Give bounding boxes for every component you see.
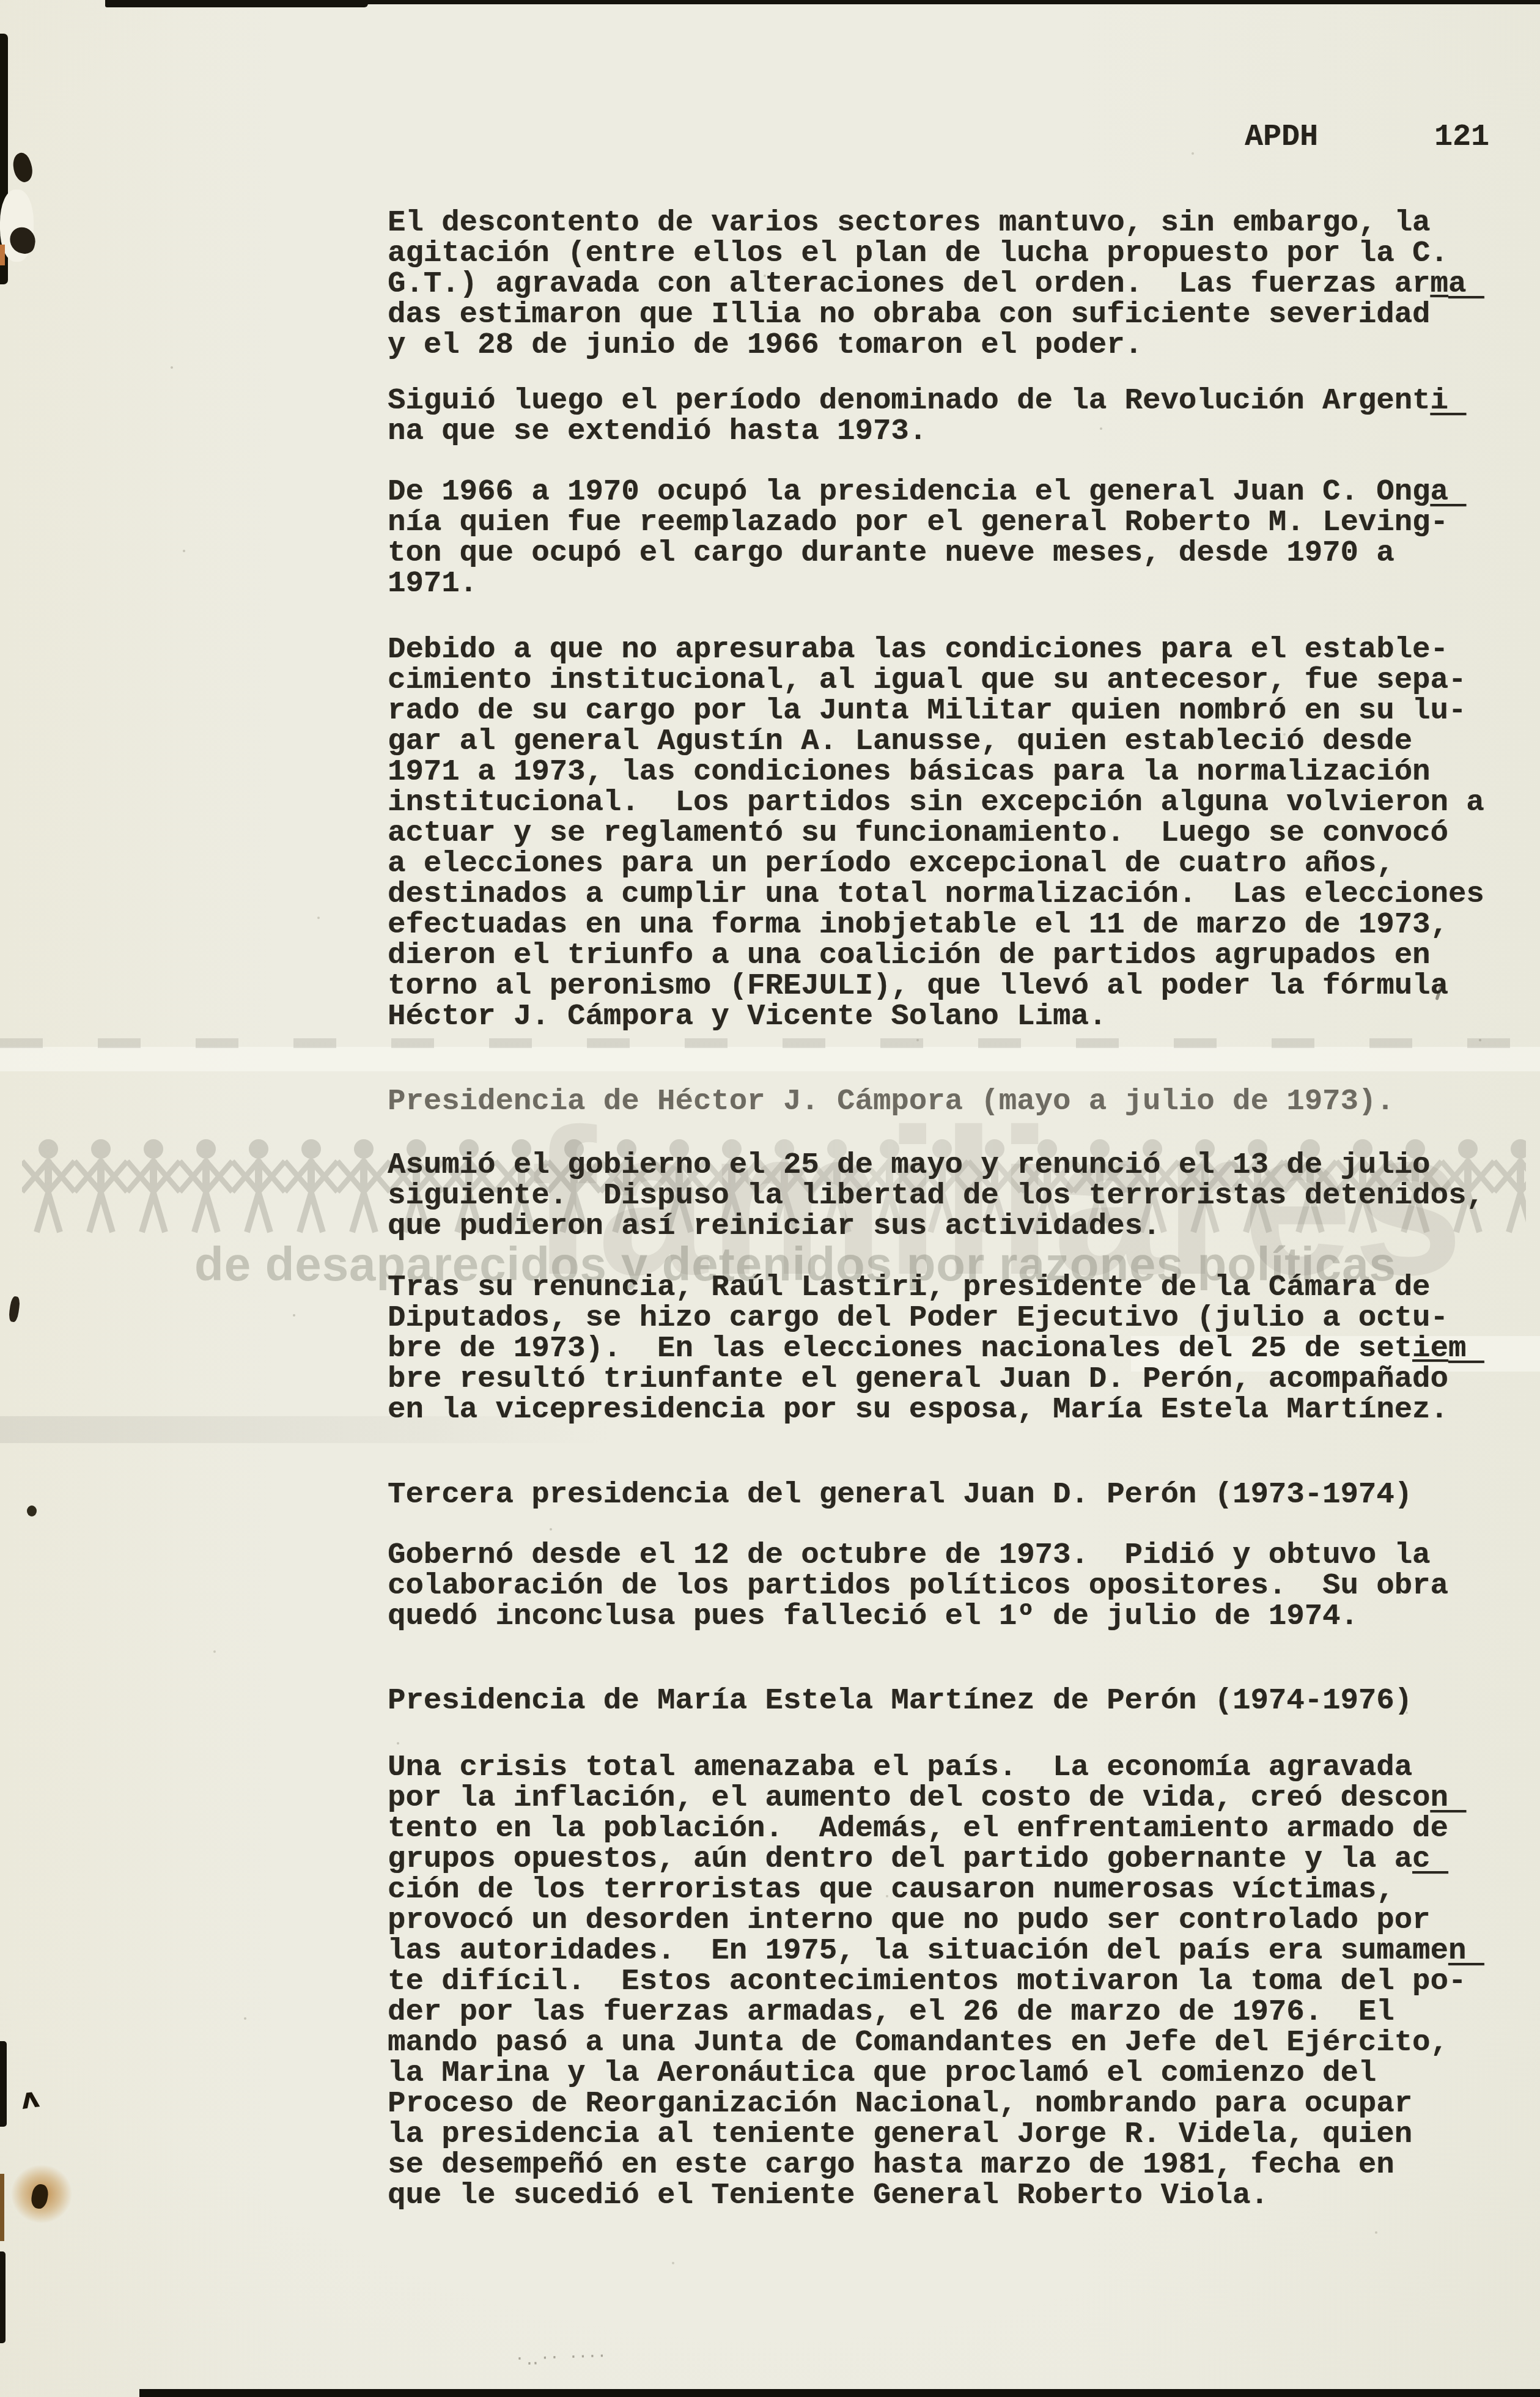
paragraph: Tras su renuncia, Raúl Lastiri, presiden… (388, 1272, 1484, 1425)
text-line: actuar y se reglamentó su funcionamiento… (388, 818, 1484, 848)
text-line: Siguió luego el período denominado de la… (388, 385, 1466, 416)
text-line: Debido a que no apresuraba las condicion… (388, 634, 1484, 665)
scan-band-smudges (0, 1038, 1540, 1048)
text-line: 1971 a 1973, las condiciones básicas par… (388, 756, 1484, 787)
text-line: rado de su cargo por la Junta Militar qu… (388, 695, 1484, 726)
staple-tear-mark (9, 151, 35, 185)
text-line: torno al peronismo (FREJULI), que llevó … (388, 970, 1484, 1001)
scan-band-light (0, 1047, 1540, 1071)
paragraph: Una crisis total amenazaba el país. La e… (388, 1752, 1484, 2210)
text-line: se desempeñó en este cargo hasta marzo d… (388, 2149, 1484, 2180)
text-line: nía quien fue reemplazado por el general… (388, 507, 1466, 537)
text-line: der por las fuerzas armadas, el 26 de ma… (388, 1996, 1484, 2027)
bottom-scan-edge (139, 2389, 1540, 2397)
text-line: agitación (entre ellos el plan de lucha … (388, 238, 1484, 268)
text-line: por la inflación, el aumento del costo d… (388, 1782, 1484, 1813)
section-heading: Tercera presidencia del general Juan D. … (388, 1479, 1412, 1510)
footer-smudge-marks: ·‥·· ···· (516, 2345, 608, 2369)
text-line: bre de 1973). En las elecciones nacional… (388, 1333, 1484, 1364)
text-line: tento en la población. Además, el enfren… (388, 1813, 1484, 1844)
text-line: Tras su renuncia, Raúl Lastiri, presiden… (388, 1272, 1484, 1302)
text-line: Diputados, se hizo cargo del Poder Ejecu… (388, 1302, 1484, 1333)
page-number: 121 (1434, 120, 1489, 155)
text-line: que pudieron así reiniciar sus actividad… (388, 1211, 1484, 1241)
text-line: la presidencia al teniente general Jorge… (388, 2119, 1484, 2149)
text-line: efectuadas en una forma inobjetable el 1… (388, 909, 1484, 940)
text-line: na que se extendió hasta 1973. (388, 416, 1466, 446)
edge-stain (0, 245, 5, 265)
header-org-label: APDH (1245, 120, 1318, 155)
text-line: Presidencia de Héctor J. Cámpora (mayo a… (388, 1086, 1394, 1117)
text-line: siguiente. Dispuso la libertad de los te… (388, 1180, 1484, 1211)
text-line: la Marina y la Aeronáutica que proclamó … (388, 2058, 1484, 2088)
left-scan-edge (0, 2251, 6, 2343)
text-line: cimiento institucional, al igual que su … (388, 665, 1484, 695)
text-line: a elecciones para un período excepcional… (388, 848, 1484, 879)
text-line: Héctor J. Cámpora y Vicente Solano Lima. (388, 1001, 1484, 1032)
text-line: 1971. (388, 568, 1466, 599)
text-line: Proceso de Reorganización Nacional, nomb… (388, 2088, 1484, 2119)
text-line: destinados a cumplir una total normaliza… (388, 879, 1484, 909)
paragraph: Gobernó desde el 12 de octubre de 1973. … (388, 1540, 1448, 1631)
paper-specks (0, 0, 1, 1)
text-line: provocó un desorden interno que no pudo … (388, 1905, 1484, 1935)
top-scan-edge-thick (105, 0, 368, 7)
paragraph: Debido a que no apresuraba las condicion… (388, 634, 1484, 1032)
paragraph: De 1966 a 1970 ocupó la presidencia el g… (388, 476, 1466, 599)
text-line: El descontento de varios sectores mantuv… (388, 207, 1484, 238)
section-heading: Presidencia de María Estela Martínez de … (388, 1685, 1412, 1716)
paragraph: Siguió luego el período denominado de la… (388, 385, 1466, 446)
text-line: De 1966 a 1970 ocupó la presidencia el g… (388, 476, 1466, 507)
text-line: dieron el triunfo a una coalición de par… (388, 940, 1484, 970)
text-line: grupos opuestos, aún dentro del partido … (388, 1844, 1484, 1874)
text-line: en la vicepresidencia por su esposa, Mar… (388, 1394, 1484, 1425)
text-line: Una crisis total amenazaba el país. La e… (388, 1752, 1484, 1782)
text-line: las autoridades. En 1975, la situación d… (388, 1935, 1484, 1966)
text-line: Tercera presidencia del general Juan D. … (388, 1479, 1412, 1510)
text-line: que le sucedió el Teniente General Rober… (388, 2180, 1484, 2210)
text-line: bre resultó triunfante el general Juan D… (388, 1364, 1484, 1394)
text-line: Gobernó desde el 12 de octubre de 1973. … (388, 1540, 1448, 1570)
text-line: institucional. Los partidos sin excepció… (388, 787, 1484, 818)
text-line: G.T.) agravada con alteraciones del orde… (388, 268, 1484, 299)
text-line: colaboración de los partidos políticos o… (388, 1570, 1448, 1601)
text-line: gar al general Agustín A. Lanusse, quien… (388, 726, 1484, 756)
ink-mark (8, 1296, 21, 1323)
section-heading: Presidencia de Héctor J. Cámpora (mayo a… (388, 1086, 1394, 1117)
paragraph: El descontento de varios sectores mantuv… (388, 207, 1484, 360)
caret-mark: ʌ (19, 2083, 41, 2113)
text-line: ton que ocupó el cargo durante nueve mes… (388, 537, 1466, 568)
text-line: mando pasó a una Junta de Comandantes en… (388, 2027, 1484, 2058)
text-line: ción de los terroristas que causaron num… (388, 1874, 1484, 1905)
text-line: Asumió el gobierno el 25 de mayo y renun… (388, 1150, 1484, 1180)
text-line: das estimaron que Illia no obraba con su… (388, 299, 1484, 330)
edge-stain (0, 2174, 4, 2241)
paragraph: Asumió el gobierno el 25 de mayo y renun… (388, 1150, 1484, 1241)
left-scan-edge (0, 2041, 7, 2127)
text-line: Presidencia de María Estela Martínez de … (388, 1685, 1412, 1716)
ink-dot (27, 1505, 37, 1516)
text-line: te difícil. Estos acontecimientos motiva… (388, 1966, 1484, 1996)
text-line: y el 28 de junio de 1966 tomaron el pode… (388, 330, 1484, 360)
text-line: quedó inconclusa pues falleció el 1º de … (388, 1601, 1448, 1631)
